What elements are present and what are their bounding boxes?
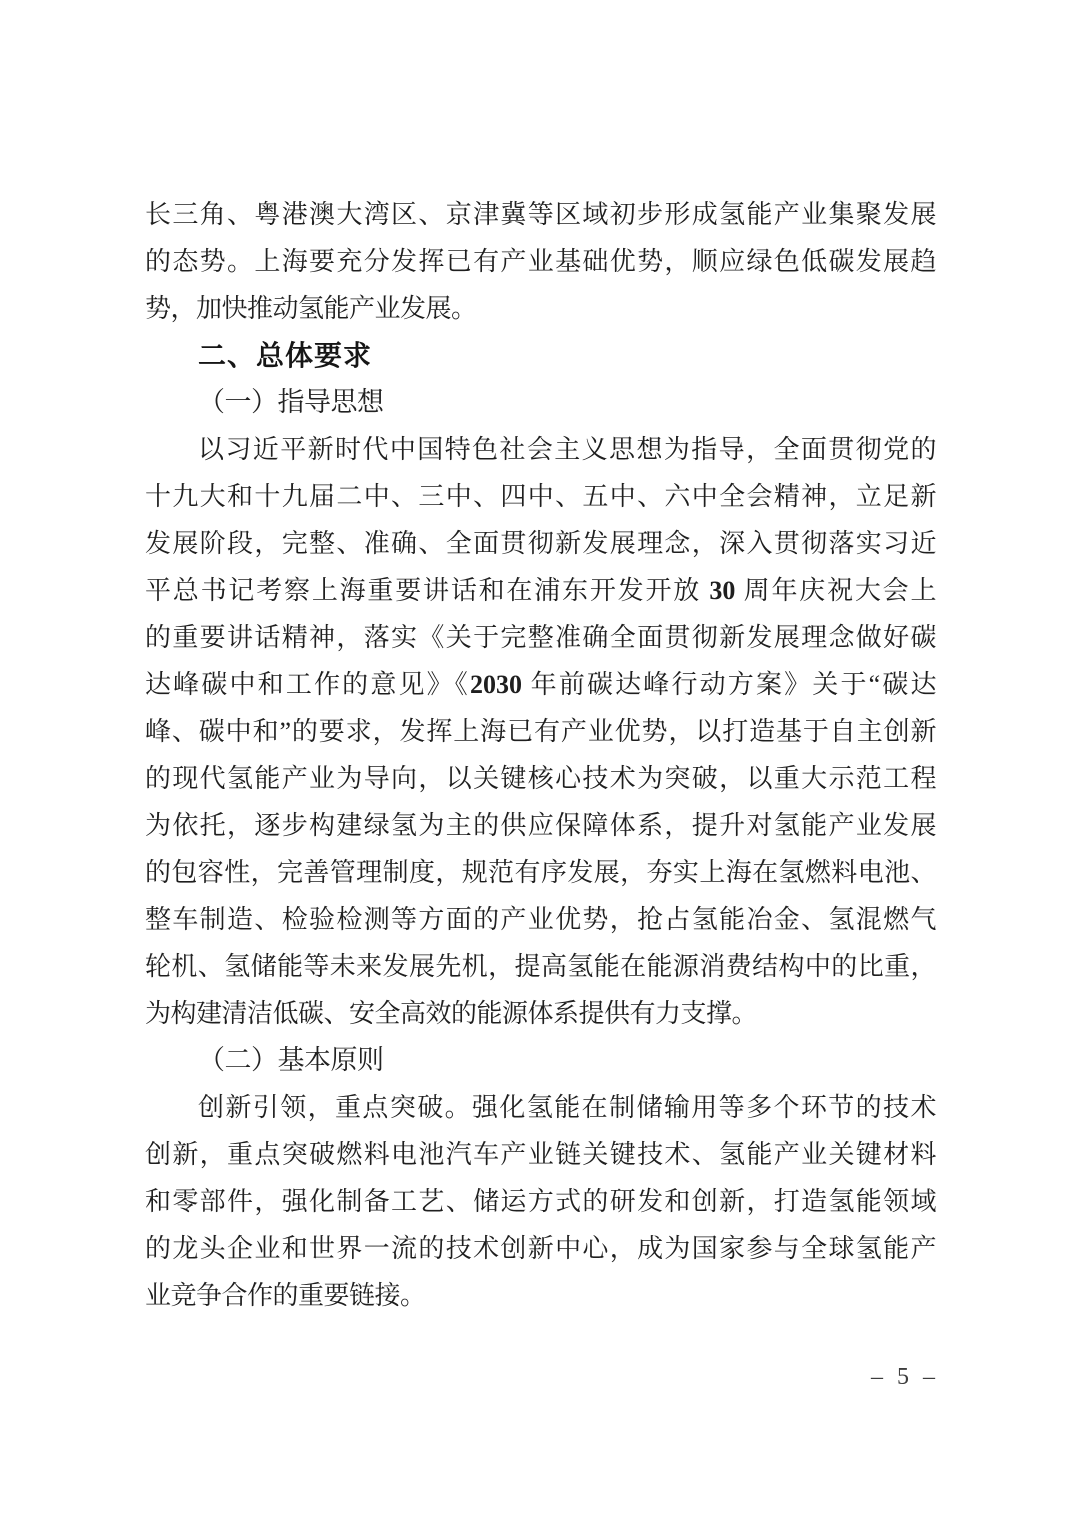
subsection-heading-basic-principles: （二）基本原则	[145, 1037, 936, 1084]
bold-number: 30	[709, 576, 735, 605]
section-heading: 二、总体要求	[145, 332, 936, 379]
text-line: 达峰碳中和工作的意见》《2030 年前碳达峰行动方案》关于“碳达	[145, 661, 936, 708]
text-line: 以习近平新时代中国特色社会主义思想为指导，全面贯彻党的	[145, 426, 936, 473]
text-line: 的现代氢能产业为导向，以关键核心技术为突破，以重大示范工程	[145, 755, 936, 802]
text-line: 和零部件，强化制备工艺、储运方式的研发和创新，打造氢能领域	[145, 1178, 936, 1225]
text-line: 十九大和十九届二中、三中、四中、五中、六中全会精神，立足新	[145, 473, 936, 520]
text-line: 轮机、氢储能等未来发展先机，提高氢能在能源消费结构中的比重，	[145, 943, 936, 990]
text-line: 业竞争合作的重要链接。	[145, 1272, 936, 1319]
paragraph-guiding-ideology: 以习近平新时代中国特色社会主义思想为指导，全面贯彻党的十九大和十九届二中、三中、…	[145, 426, 936, 1037]
text-line: 峰、碳中和”的要求，发挥上海已有产业优势，以打造基于自主创新	[145, 708, 936, 755]
text-line: （二）基本原则	[145, 1037, 936, 1084]
text-line: 创新引领，重点突破。强化氢能在制储输用等多个环节的技术	[145, 1084, 936, 1131]
document-body: 长三角、粤港澳大湾区、京津冀等区域初步形成氢能产业集聚发展的态势。上海要充分发挥…	[145, 191, 936, 1319]
subsection-heading-guiding-ideology: （一）指导思想	[145, 379, 936, 426]
paragraph-continuation: 长三角、粤港澳大湾区、京津冀等区域初步形成氢能产业集聚发展的态势。上海要充分发挥…	[145, 191, 936, 332]
document-page: 长三角、粤港澳大湾区、京津冀等区域初步形成氢能产业集聚发展的态势。上海要充分发挥…	[0, 0, 1080, 1527]
text-line: 发展阶段，完整、准确、全面贯彻新发展理念，深入贯彻落实习近	[145, 520, 936, 567]
text-line: 的龙头企业和世界一流的技术创新中心，成为国家参与全球氢能产	[145, 1225, 936, 1272]
text-line: 势，加快推动氢能产业发展。	[145, 285, 936, 332]
text-line: 的态势。上海要充分发挥已有产业基础优势，顺应绿色低碳发展趋	[145, 238, 936, 285]
text-line: 长三角、粤港澳大湾区、京津冀等区域初步形成氢能产业集聚发展	[145, 191, 936, 238]
text-line: 二、总体要求	[145, 332, 936, 379]
text-line: 的重要讲话精神，落实《关于完整准确全面贯彻新发展理念做好碳	[145, 614, 936, 661]
text-line: 平总书记考察上海重要讲话和在浦东开发开放 30 周年庆祝大会上	[145, 567, 936, 614]
text-line: 为依托，逐步构建绿氢为主的供应保障体系，提升对氢能产业发展	[145, 802, 936, 849]
text-line: 的包容性，完善管理制度，规范有序发展，夯实上海在氢燃料电池、	[145, 849, 936, 896]
text-line: 创新，重点突破燃料电池汽车产业链关键技术、氢能产业关键材料	[145, 1131, 936, 1178]
page-number: – 5 –	[871, 1364, 939, 1391]
paragraph-basic-principles: 创新引领，重点突破。强化氢能在制储输用等多个环节的技术创新，重点突破燃料电池汽车…	[145, 1084, 936, 1319]
text-line: 为构建清洁低碳、安全高效的能源体系提供有力支撑。	[145, 990, 936, 1037]
text-line: 整车制造、检验检测等方面的产业优势，抢占氢能冶金、氢混燃气	[145, 896, 936, 943]
bold-number: 2030	[470, 670, 522, 699]
text-line: （一）指导思想	[145, 379, 936, 426]
